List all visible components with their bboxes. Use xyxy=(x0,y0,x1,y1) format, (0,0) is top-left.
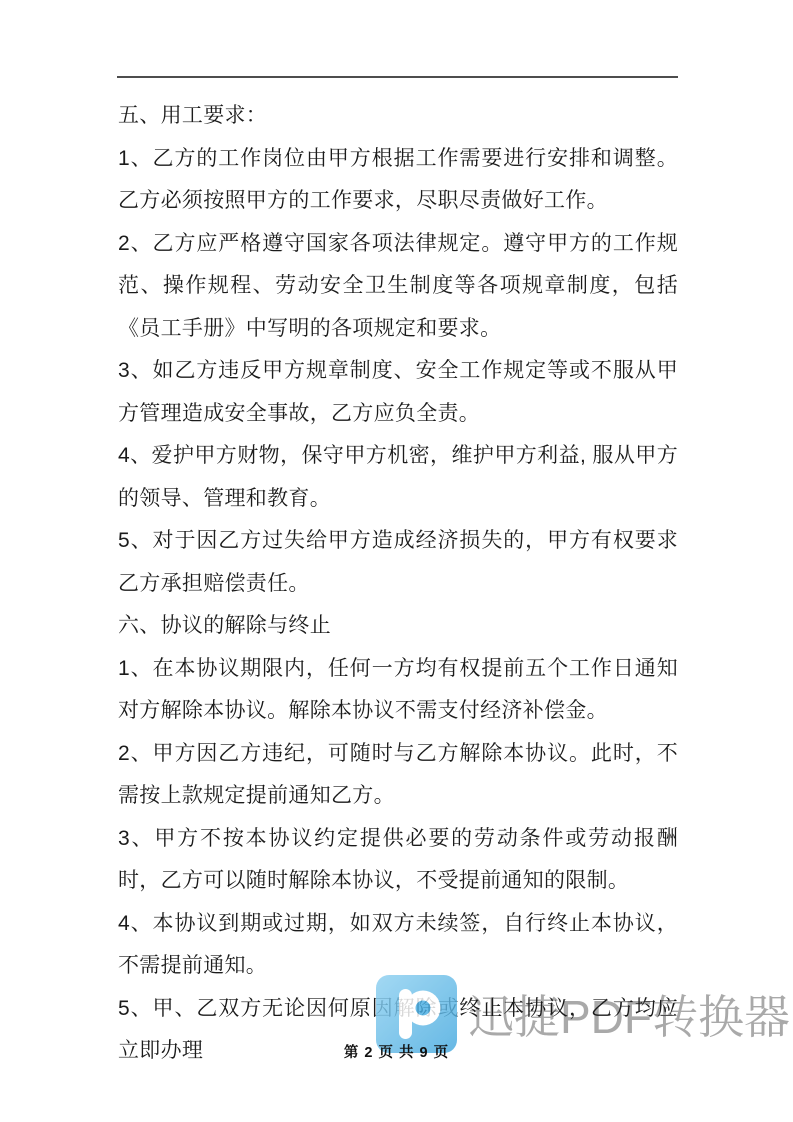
paragraph: 六、协议的解除与终止 xyxy=(118,605,678,648)
paragraph: 4、爱护甲方财物，保守甲方机密，维护甲方利益, 服从甲方的领导、管理和教育。 xyxy=(118,435,678,520)
paragraph: 2、甲方因乙方违纪，可随时与乙方解除本协议。此时，不需按上款规定提前通知乙方。 xyxy=(118,733,678,818)
paragraph: 1、在本协议期限内，任何一方均有权提前五个工作日通知对方解除本协议。解除本协议不… xyxy=(118,648,678,733)
paragraph: 2、乙方应严格遵守国家各项法律规定。遵守甲方的工作规范、操作规程、劳动安全卫生制… xyxy=(118,223,678,351)
header-rule xyxy=(117,76,678,78)
document-body: 五、用工要求： 1、乙方的工作岗位由甲方根据工作需要进行安排和调整。乙方必须按照… xyxy=(118,95,678,1073)
paragraph: 3、如乙方违反甲方规章制度、安全工作规定等或不服从甲方管理造成安全事故，乙方应负… xyxy=(118,350,678,435)
paragraph: 5、对于因乙方过失给甲方造成经济损失的，甲方有权要求乙方承担赔偿责任。 xyxy=(118,520,678,605)
paragraph: 1、乙方的工作岗位由甲方根据工作需要进行安排和调整。乙方必须按照甲方的工作要求，… xyxy=(118,138,678,223)
document-page: 五、用工要求： 1、乙方的工作岗位由甲方根据工作需要进行安排和调整。乙方必须按照… xyxy=(0,0,793,1122)
page-number-indicator: 第 2 页 共 9 页 xyxy=(0,1041,793,1062)
paragraph: 五、用工要求： xyxy=(118,95,678,138)
paragraph: 3、甲方不按本协议约定提供必要的劳动条件或劳动报酬时，乙方可以随时解除本协议，不… xyxy=(118,818,678,903)
